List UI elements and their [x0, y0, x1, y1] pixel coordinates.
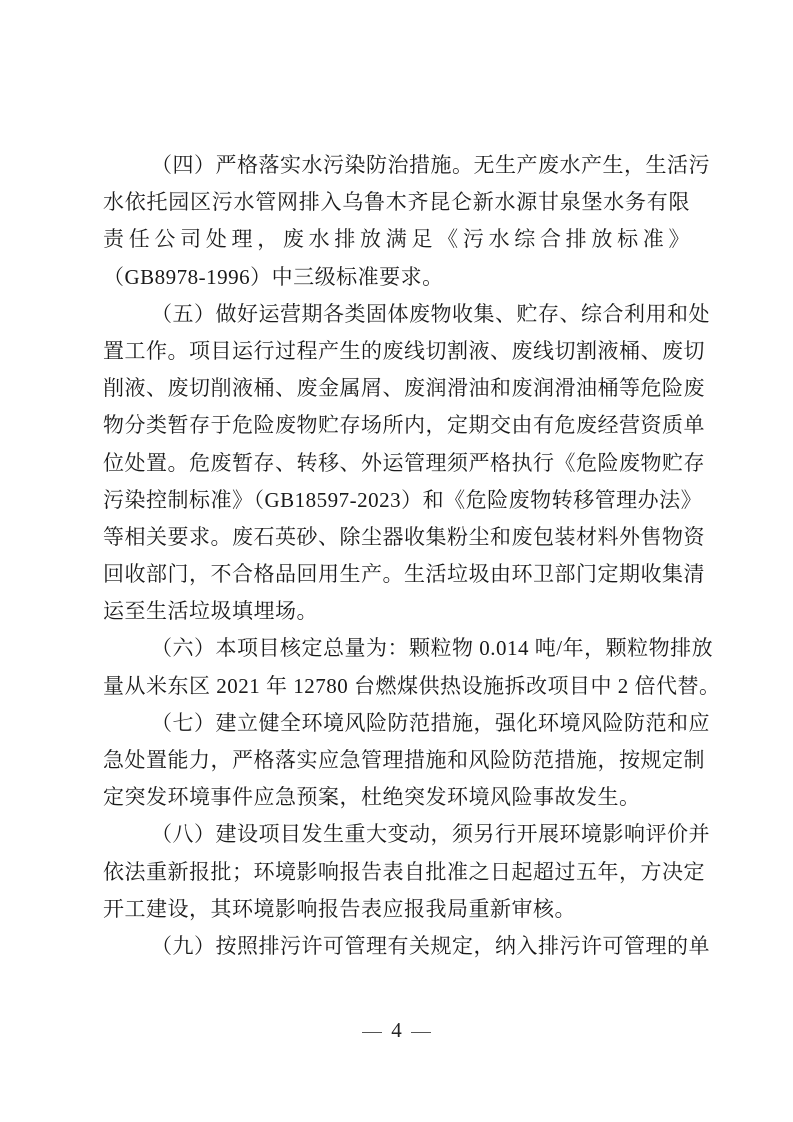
text-line: 置工作。项目运行过程产生的废线切割液、废线切割液桶、废切: [103, 333, 690, 370]
text-line: （七）建立健全环境风险防范措施，强化环境风险防范和应: [103, 705, 690, 742]
text-line: 依法重新报批；环境影响报告表自批准之日起超过五年，方决定: [103, 854, 690, 891]
document-body: （四）严格落实水污染防治措施。无生产废水产生，生活污 水依托园区污水管网排入乌鲁…: [103, 147, 690, 965]
text-line: 水依托园区污水管网排入乌鲁木齐昆仑新水源甘泉堡水务有限: [103, 184, 690, 221]
text-line: （五）做好运营期各类固体废物收集、贮存、综合利用和处: [103, 296, 690, 333]
text-line: 责任公司处理，废水排放满足《污水综合排放标准》: [103, 221, 690, 258]
text-line: 量从米东区 2021 年 12780 台燃煤供热设施拆改项目中 2 倍代替。: [103, 668, 690, 705]
document-page: （四）严格落实水污染防治措施。无生产废水产生，生活污 水依托园区污水管网排入乌鲁…: [0, 0, 793, 1122]
text-line: 削液、废切削液桶、废金属屑、废润滑油和废润滑油桶等危险废: [103, 370, 690, 407]
paragraph-9-discharge-permit: （九）按照排污许可管理有关规定，纳入排污许可管理的单: [103, 928, 690, 965]
text-line: （九）按照排污许可管理有关规定，纳入排污许可管理的单: [103, 928, 690, 965]
page-number-value: 4: [391, 1018, 402, 1042]
text-line: 污染控制标准》（GB18597-2023）和《危险废物转移管理办法》: [103, 482, 690, 519]
text-line: 定突发环境事件应急预案，杜绝突发环境风险事故发生。: [103, 779, 690, 816]
page-number: 4: [0, 1016, 793, 1044]
text-line: 回收部门，不合格品回用生产。生活垃圾由环卫部门定期收集清: [103, 556, 690, 593]
paragraph-5-solid-waste: （五）做好运营期各类固体废物收集、贮存、综合利用和处 置工作。项目运行过程产生的…: [103, 296, 690, 631]
text-line: 运至生活垃圾填埋场。: [103, 593, 690, 630]
text-line: （六）本项目核定总量为：颗粒物 0.014 吨/年，颗粒物排放: [103, 630, 690, 667]
dash-right: [411, 1032, 431, 1033]
text-line: 物分类暂存于危险废物贮存场所内，定期交由有危废经营资质单: [103, 407, 690, 444]
text-line: 位处置。危废暂存、转移、外运管理须严格执行《危险废物贮存: [103, 445, 690, 482]
text-line: 急处置能力，严格落实应急管理措施和风险防范措施，按规定制: [103, 742, 690, 779]
paragraph-7-risk-prevention: （七）建立健全环境风险防范措施，强化环境风险防范和应 急处置能力，严格落实应急管…: [103, 705, 690, 817]
text-line: （四）严格落实水污染防治措施。无生产废水产生，生活污: [103, 147, 690, 184]
paragraph-6-total-emission: （六）本项目核定总量为：颗粒物 0.014 吨/年，颗粒物排放 量从米东区 20…: [103, 630, 690, 704]
text-line: 等相关要求。废石英砂、除尘器收集粉尘和废包装材料外售物资: [103, 519, 690, 556]
paragraph-4-water-pollution: （四）严格落实水污染防治措施。无生产废水产生，生活污 水依托园区污水管网排入乌鲁…: [103, 147, 690, 296]
dash-left: [362, 1032, 382, 1033]
text-line: 开工建设，其环境影响报告表应报我局重新审核。: [103, 891, 690, 928]
text-line: （八）建设项目发生重大变动，须另行开展环境影响评价并: [103, 816, 690, 853]
paragraph-8-major-change: （八）建设项目发生重大变动，须另行开展环境影响评价并 依法重新报批；环境影响报告…: [103, 816, 690, 928]
text-line: （GB8978-1996）中三级标准要求。: [103, 259, 690, 296]
